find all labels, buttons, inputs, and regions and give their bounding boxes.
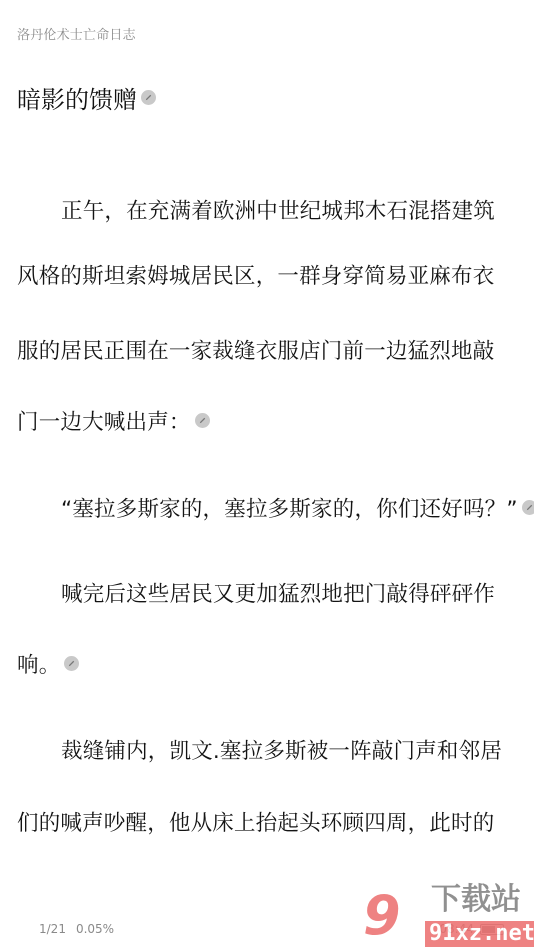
page-indicator: 1/21 bbox=[39, 922, 66, 936]
paragraph-line: 裁缝铺内，凯文.塞拉多斯被一阵敲门声和邻居 bbox=[61, 734, 502, 765]
paragraph-line: 正午，在充满着欧洲中世纪城邦木石混搭建筑 bbox=[61, 194, 495, 225]
paragraph-line: 们的喊声吵醒，他从床上抬起头环顾四周，此时的 bbox=[17, 806, 494, 837]
paragraph-line: 风格的斯坦索姆城居民区，一群身穿简易亚麻布衣 bbox=[17, 259, 494, 290]
watermark-url: 91xz.net bbox=[425, 921, 534, 947]
pencil-note-icon[interactable] bbox=[195, 413, 210, 428]
paragraph-line: 服的居民正围在一家裁缝衣服店门前一边猛烈地敲 bbox=[17, 334, 494, 365]
chapter-title: 暗影的馈赠 bbox=[17, 80, 156, 115]
pencil-note-icon[interactable] bbox=[64, 656, 79, 671]
reading-progress: 1/21 0.05% bbox=[39, 922, 114, 936]
paragraph-line: 喊完后这些居民又更加猛烈地把门敲得砰砰作 bbox=[61, 577, 495, 608]
watermark: 9 下载站 91xz.net bbox=[363, 885, 534, 950]
paragraph-line: 响。 bbox=[17, 648, 79, 679]
chapter-title-text: 暗影的馈赠 bbox=[17, 80, 137, 115]
pencil-note-icon[interactable] bbox=[522, 500, 534, 515]
book-title: 洛丹伦术士亡命日志 bbox=[17, 24, 136, 43]
pencil-note-icon[interactable] bbox=[141, 90, 156, 105]
watermark-logo: 9 bbox=[363, 889, 401, 943]
paragraph-line: “塞拉多斯家的，塞拉多斯家的，你们还好吗？” bbox=[61, 492, 534, 523]
watermark-name: 下载站 bbox=[431, 885, 521, 915]
paragraph-line: 门一边大喊出声： bbox=[17, 405, 210, 436]
progress-percent: 0.05% bbox=[76, 922, 114, 936]
